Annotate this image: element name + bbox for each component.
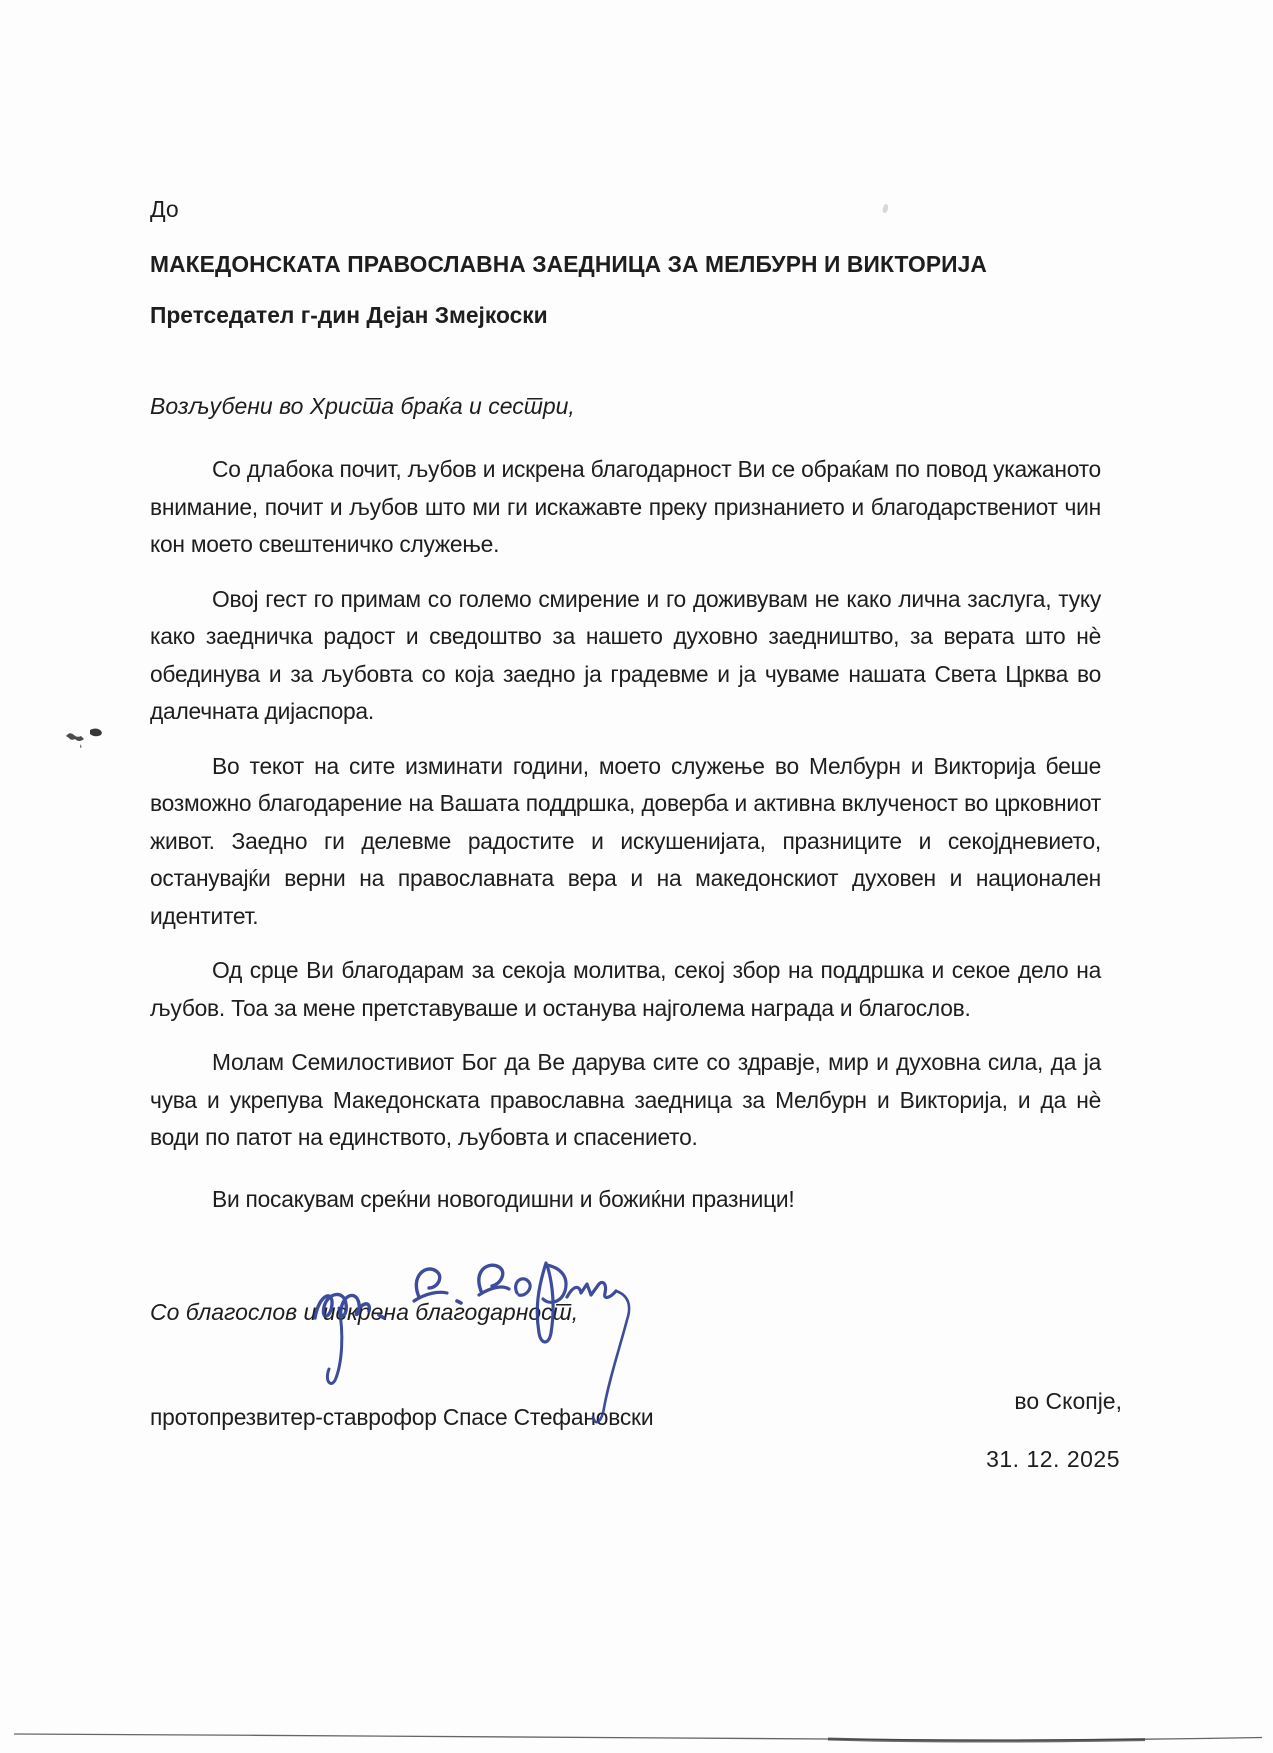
body-paragraph: Овој гест го примам со големо смирение и… [150, 581, 1101, 731]
recipient-org-line: МАКЕДОНСКАТА ПРАВОСЛАВНА ЗАЕДНИЦА ЗА МЕЛ… [150, 251, 1101, 278]
greeting-line: Возљубени во Христа браќа и сестри, [150, 393, 1101, 420]
date-line: 31. 12. 2025 [986, 1446, 1120, 1473]
signature-name-line: протопрезвитер-ставрофор Спасе Стефановс… [150, 1404, 1101, 1431]
salutation-line: До [150, 196, 1101, 223]
wish-line: Ви посакувам среќни новогодишни и божиќн… [150, 1186, 1101, 1213]
body-paragraph: Со длабока почит, љубов и искрена благод… [150, 451, 1101, 564]
scan-speck [60, 722, 112, 750]
body-paragraph: Во текот на сите изминати години, моето … [150, 748, 1101, 936]
recipient-person-line: Претседател г-дин Дејан Змејкоски [150, 302, 1101, 329]
place-line: во Скопје, [1014, 1388, 1122, 1415]
letter-content: До МАКЕДОНСКАТА ПРАВОСЛАВНА ЗАЕДНИЦА ЗА … [150, 0, 1101, 1431]
scan-edge-line [0, 1728, 1273, 1746]
closing-line: Со благослов и искрена благодарност, [150, 1299, 1101, 1326]
body-paragraph: Од срце Ви благодарам за секоја молитва,… [150, 952, 1101, 1027]
body-paragraph: Молам Семилостивиот Бог да Ве дарува сит… [150, 1044, 1101, 1157]
scanned-letter-page: До МАКЕДОНСКАТА ПРАВОСЛАВНА ЗАЕДНИЦА ЗА … [0, 0, 1273, 1753]
